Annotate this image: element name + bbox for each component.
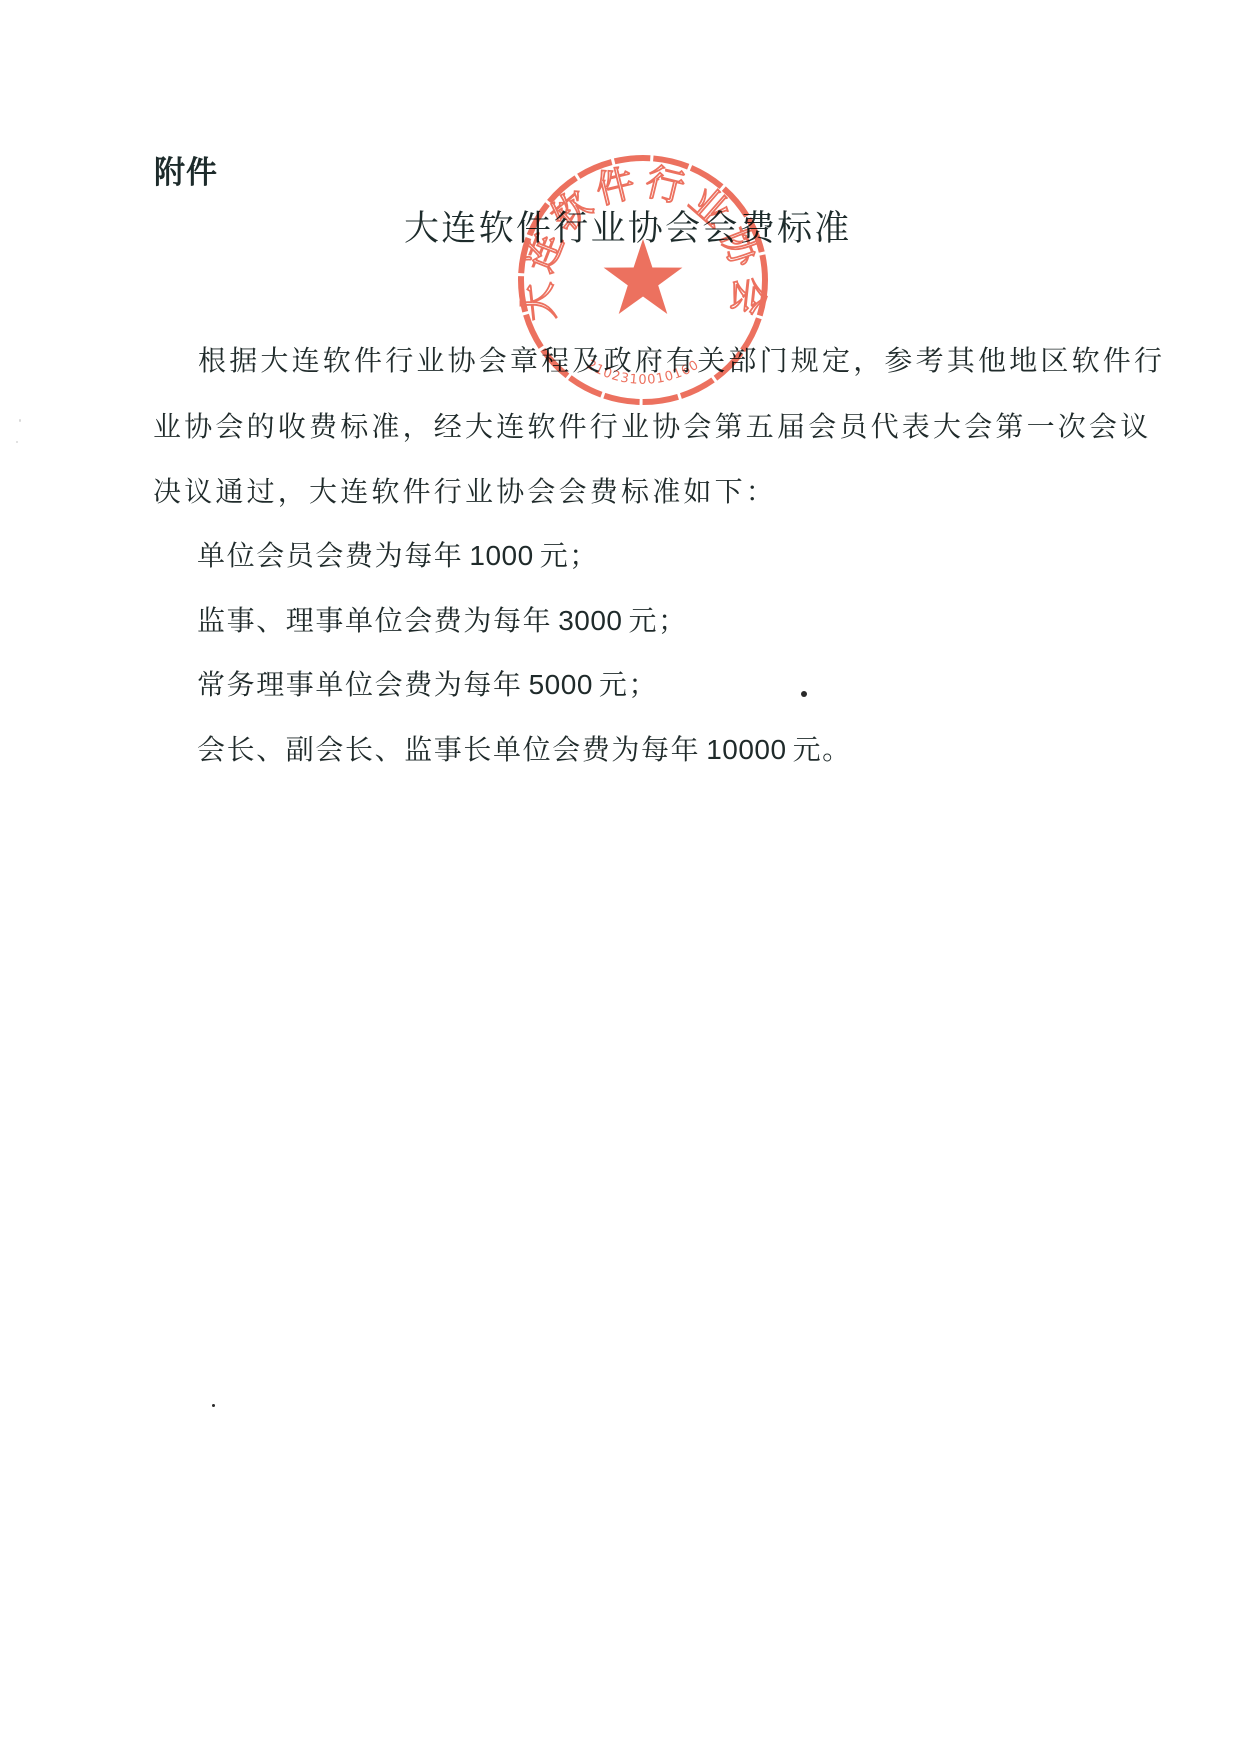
paragraph-line: 业协会的收费标准，经大连软件行业协会第五届会员代表大会第一次会议 xyxy=(153,407,1151,447)
fee-item-executive-director: 常务理事单位会费为每年5000元； xyxy=(197,665,658,705)
fee-label: 单位会员会费为每年 xyxy=(197,539,463,572)
fee-amount: 5000 xyxy=(529,669,593,700)
document-page: 附件 大连软件行业协会会费标准 根据大连软件行业协会章程及政府有关部门规定，参考… xyxy=(0,0,1240,1754)
fee-unit: 元； xyxy=(629,604,688,637)
fee-item-director: 监事、理事单位会费为每年3000元； xyxy=(197,601,688,641)
fee-label: 会长、副会长、监事长单位会费为每年 xyxy=(197,733,700,766)
fee-unit: 元； xyxy=(599,668,658,701)
official-seal-star-icon: 大连软件行业协会 2102310010160 xyxy=(516,153,770,407)
fee-item-president: 会长、副会长、监事长单位会费为每年10000元。 xyxy=(197,730,852,770)
fee-label: 常务理事单位会费为每年 xyxy=(197,668,523,701)
svg-text:2102310010160: 2102310010160 xyxy=(584,357,702,387)
fee-item-member: 单位会员会费为每年1000元； xyxy=(197,536,599,576)
scan-speck xyxy=(801,691,807,697)
official-seal-stamp: 大连软件行业协会 2102310010160 xyxy=(516,153,770,407)
fee-unit: 元； xyxy=(540,539,599,572)
attachment-label: 附件 xyxy=(154,154,218,192)
fee-unit: 元。 xyxy=(793,733,852,766)
fee-amount: 1000 xyxy=(469,540,533,571)
paragraph-line: 决议通过，大连软件行业协会会费标准如下： xyxy=(153,472,777,512)
fee-label: 监事、理事单位会费为每年 xyxy=(197,604,552,637)
fee-amount: 3000 xyxy=(558,605,622,636)
fee-amount: 10000 xyxy=(706,734,786,765)
scan-noise xyxy=(16,441,18,443)
scan-speck xyxy=(212,1404,215,1407)
scan-noise xyxy=(19,419,21,422)
